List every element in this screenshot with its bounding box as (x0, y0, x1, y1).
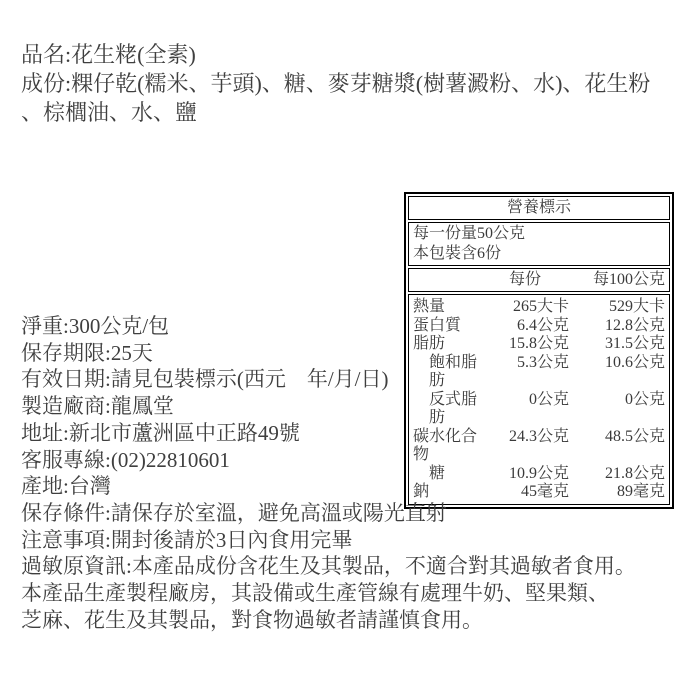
serving-size: 每一份量50公克 (413, 224, 665, 244)
net-weight: 淨重:300公克/包 (21, 313, 693, 340)
product-name: 品名:花生粩(全素) (21, 40, 683, 69)
product-header-block: 品名:花生粩(全素) 成份:粿仔乾(糯米、芋頭)、糖、麥芽糖漿(樹薯澱粉、水)、… (21, 40, 683, 127)
manufacturer: 製造廠商:龍鳳堂 (21, 393, 693, 420)
allergen-info-line-2: 本產品生產製程廠房，其設備或生產管線有處理牛奶、堅果類、 (21, 580, 693, 607)
column-header-per-serving: 每份 (481, 270, 569, 290)
ingredients-line-1: 成份:粿仔乾(糯米、芋頭)、糖、麥芽糖漿(樹薯澱粉、水)、花生粉 (21, 69, 683, 98)
allergen-info-line-3: 芝麻、花生及其製品，對食物過敏者請謹慎食用。 (21, 607, 693, 634)
nutrition-title: 營養標示 (408, 196, 670, 220)
product-info-block: 淨重:300公克/包 保存期限:25天 有效日期:請見包裝標示(西元 年/月/日… (21, 313, 693, 633)
nutrition-column-headers: 每份 每100公克 (408, 268, 670, 292)
origin: 產地:台灣 (21, 473, 693, 500)
customer-service-line: 客服專線:(02)22810601 (21, 447, 693, 474)
column-header-per-100g: 每100公克 (569, 270, 665, 290)
allergen-info-line-1: 過敏原資訊:本產品成份含花生及其製品，不適合對其過敏者食用。 (21, 553, 693, 580)
ingredients-line-2: 、棕櫚油、水、鹽 (21, 98, 683, 127)
shelf-life: 保存期限:25天 (21, 340, 693, 367)
expiry-date: 有效日期:請見包裝標示(西元 年/月/日) (21, 366, 693, 393)
nutrition-serving-info: 每一份量50公克 本包裝含6份 (408, 222, 670, 266)
servings-per-pack: 本包裝含6份 (413, 244, 665, 264)
storage-conditions: 保存條件:請保存於室溫，避免高溫或陽光直射 (21, 500, 693, 527)
usage-notice: 注意事項:開封後請於3日內食用完畢 (21, 527, 693, 554)
address: 地址:新北市蘆洲區中正路49號 (21, 420, 693, 447)
column-header-spacer (413, 270, 481, 290)
